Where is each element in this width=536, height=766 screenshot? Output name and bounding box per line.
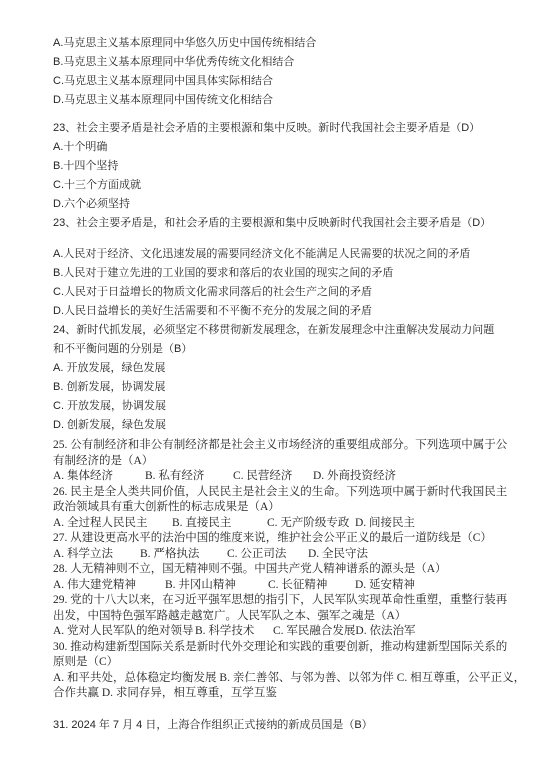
q28-option-a: A. 伟大建党精神	[53, 578, 165, 594]
q28-option-d: D. 延安精神	[355, 578, 415, 594]
q23a-option-c: C.十三个方面成就	[53, 176, 496, 195]
question-31: 31. 2024 年 7 月 4 日，上海合作组织正式接纳的新成员国是（B）	[53, 716, 496, 735]
q27-option-d: D. 全民守法	[308, 547, 368, 563]
q23b-option-d: D.人民日益增长的美好生活需要和不平衡不充分的发展之间的矛盾	[53, 302, 496, 321]
q26-option-a: A. 全过程人民民主	[53, 516, 172, 532]
q28-option-c: C. 长征精神	[268, 578, 355, 594]
q28-stem: 28. 人无精神则不立，国无精神则不强。中国共产党人精神谱系的源头是（A）	[53, 562, 496, 578]
q30-options-line1: A. 和平共处，总体稳定均衡发展 B. 亲仁善邻、与邻为善、以邻为伴 C. 相互…	[53, 671, 496, 687]
q26-option-b: B. 直接民主	[172, 516, 267, 532]
q25-options-row: A. 集体经济B. 私有经济C. 民营经济D. 外商投资经济	[53, 469, 496, 485]
q26-stem-line2: 政治领域具有重大创新性的标志成果是（A）	[53, 500, 496, 516]
q27-stem: 27. 从建设更高水平的法治中国的维度来说，维护社会公平正义的最后一道防线是（C…	[53, 531, 496, 547]
q31-stem: 31. 2024 年 7 月 4 日，上海合作组织正式接纳的新成员国是（B）	[53, 716, 496, 735]
question-28: 28. 人无精神则不立，国无精神则不强。中国共产党人精神谱系的源头是（A） A.…	[53, 562, 496, 593]
q24-option-b: B. 创新发展，协调发展	[53, 378, 496, 397]
q24-stem-line1: 24、新时代抓发展，必须坚定不移贯彻新发展理念，在新发展理念中注重解决发展动力问…	[53, 321, 496, 340]
q29-options-row: A. 党对人民军队的绝对领导B. 科学技术C. 军民融合发展D. 依法治军	[53, 624, 496, 640]
q26-options-row: A. 全过程人民民主B. 直接民主C. 无产阶级专政D. 间接民主	[53, 516, 496, 532]
q29-option-d: D. 依法治军	[355, 624, 415, 640]
question-29: 29. 党的十八大以来，在习近平强军思想的指引下，人民军队实现革命性重塑，重整行…	[53, 593, 496, 640]
q23a-option-a: A.十个明确	[53, 138, 496, 157]
q23b-stem: 23、社会主要矛盾是，和社会矛盾的主要根源和集中反映新时代我国社会主要矛盾是（D…	[53, 214, 496, 233]
question-24: 24、新时代抓发展，必须坚定不移贯彻新发展理念，在新发展理念中注重解决发展动力问…	[53, 321, 496, 435]
q22-option-b: B.马克思主义基本原理同中华优秀传统文化相结合	[53, 53, 496, 72]
q26-stem-line1: 26. 民主是全人类共同价值，人民民主是社会主义的生命。下列选项中属于新时代我国…	[53, 485, 496, 501]
q25-option-d: D. 外商投资经济	[313, 469, 396, 485]
document-page: A.马克思主义基本原理同中华悠久历史中国传统相结合 B.马克思主义基本原理同中华…	[0, 0, 536, 766]
q23a-stem: 23、社会主要矛盾是社会矛盾的主要根源和集中反映。新时代我国社会主要矛盾是（D）	[53, 119, 496, 138]
q27-option-a: A. 科学立法	[53, 547, 140, 563]
q22-option-d: D.马克思主义基本原理同中国传统文化相结合	[53, 91, 496, 110]
question-23a: 23、社会主要矛盾是社会矛盾的主要根源和集中反映。新时代我国社会主要矛盾是（D）…	[53, 119, 496, 214]
q30-stem-line2: 原则是（C）	[53, 655, 496, 671]
q22-option-a: A.马克思主义基本原理同中华悠久历史中国传统相结合	[53, 34, 496, 53]
q26-option-c: C. 无产阶级专政	[267, 516, 355, 532]
q23a-option-b: B.十四个坚持	[53, 157, 496, 176]
question-30: 30. 推动构建新型国际关系是新时代外交理论和实践的重要创新，推动构建新型国际关…	[53, 640, 496, 702]
question-25: 25. 公有制经济和非公有制经济都是社会主义市场经济的重要组成部分。下列选项中属…	[53, 438, 496, 485]
q25-option-a: A. 集体经济	[53, 469, 145, 485]
q29-option-a: A. 党对人民军队的绝对领导	[53, 624, 195, 640]
q29-option-c: C. 军民融合发展	[273, 624, 355, 640]
q24-option-d: D. 创新发展，绿色发展	[53, 416, 496, 435]
q24-option-c: C. 开放发展，协调发展	[53, 397, 496, 416]
q30-options-line2: 合作共赢 D. 求同存异，相互尊重，互学互鉴	[53, 686, 496, 702]
question-27: 27. 从建设更高水平的法治中国的维度来说，维护社会公平正义的最后一道防线是（C…	[53, 531, 496, 562]
q23b-option-a: A.人民对于经济、文化迅速发展的需要同经济文化不能满足人民需要的状况之间的矛盾	[53, 245, 496, 264]
q29-stem-line1: 29. 党的十八大以来，在习近平强军思想的指引下，人民军队实现革命性重塑，重整行…	[53, 593, 496, 609]
q26-option-d: D. 间接民主	[355, 516, 415, 532]
q25-stem-line2: 有制经济的是（A）	[53, 454, 496, 470]
q24-option-a: A. 开放发展，绿色发展	[53, 359, 496, 378]
q23a-option-d: D.六个必须坚持	[53, 195, 496, 214]
question-26: 26. 民主是全人类共同价值，人民民主是社会主义的生命。下列选项中属于新时代我国…	[53, 485, 496, 532]
q25-stem-line1: 25. 公有制经济和非公有制经济都是社会主义市场经济的重要组成部分。下列选项中属…	[53, 438, 496, 454]
q23b-option-c: C.人民对于日益增长的物质文化需求同落后的社会生产之间的矛盾	[53, 283, 496, 302]
q29-option-b: B. 科学技术	[195, 624, 273, 640]
q28-option-b: B. 井冈山精神	[165, 578, 268, 594]
q27-option-c: C. 公正司法	[227, 547, 308, 563]
q30-stem-line1: 30. 推动构建新型国际关系是新时代外交理论和实践的重要创新，推动构建新型国际关…	[53, 640, 496, 656]
q24-stem-line2: 和不平衡问题的分别是（B）	[53, 340, 496, 359]
q28-options-row: A. 伟大建党精神B. 井冈山精神C. 长征精神D. 延安精神	[53, 578, 496, 594]
question-23b: 23、社会主要矛盾是，和社会矛盾的主要根源和集中反映新时代我国社会主要矛盾是（D…	[53, 214, 496, 321]
question-22-options: A.马克思主义基本原理同中华悠久历史中国传统相结合 B.马克思主义基本原理同中华…	[53, 34, 496, 110]
q27-option-b: B. 严格执法	[140, 547, 227, 563]
q25-option-c: C. 民营经济	[233, 469, 313, 485]
q25-option-b: B. 私有经济	[145, 469, 233, 485]
q29-stem-line2: 出发，中国特色强军路越走越宽广。人民军队之本、强军之魂是（A）	[53, 609, 496, 625]
q23b-option-b: B.人民对于建立先进的工业国的要求和落后的农业国的现实之间的矛盾	[53, 264, 496, 283]
q22-option-c: C.马克思主义基本原理同中国具体实际相结合	[53, 72, 496, 91]
q27-options-row: A. 科学立法B. 严格执法C. 公正司法D. 全民守法	[53, 547, 496, 563]
